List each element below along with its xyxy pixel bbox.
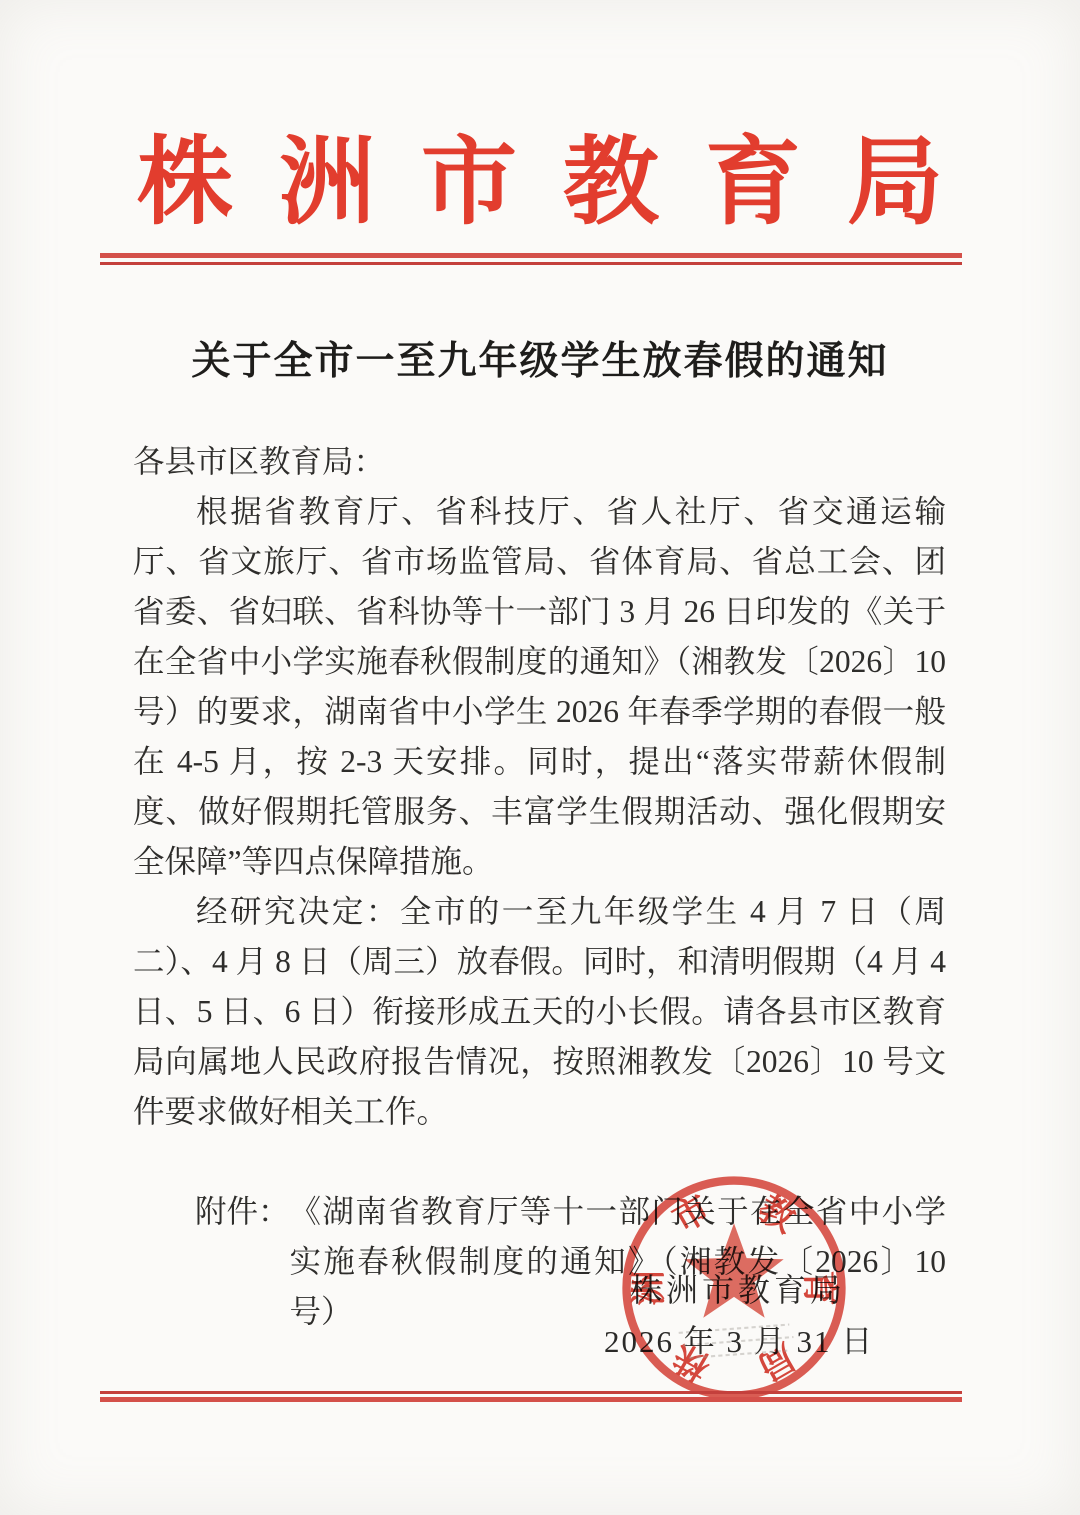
attachment-label: 附件：	[195, 1187, 290, 1237]
agency-header-title: 株洲市教育局	[0, 128, 1080, 238]
document-page: 株洲市教育局 关于全市一至九年级学生放春假的通知 各县市区教育局： 根据省教育厅…	[0, 0, 1080, 1515]
footer-divider	[100, 1391, 962, 1402]
seal-char: 洲	[628, 1270, 668, 1305]
header-divider-thin-line	[100, 262, 962, 265]
seal-char: 育	[800, 1270, 840, 1305]
official-seal: 株 洲 市 教 育 局	[614, 1168, 854, 1408]
paragraph-basis: 根据省教育厅、省科技厅、省人社厅、省交通运输厅、省文旅厅、省市场监管局、省体育局…	[133, 487, 946, 887]
footer-divider-thick-line	[100, 1397, 962, 1402]
header-divider	[100, 253, 962, 265]
document-title: 关于全市一至九年级学生放春假的通知	[0, 330, 1080, 386]
salutation: 各县市区教育局：	[133, 437, 946, 487]
seal-star-icon	[684, 1223, 783, 1317]
paragraph-decision: 经研究决定：全市的一至九年级学生 4 月 7 日（周二）、4 月 8 日（周三）…	[133, 887, 946, 1137]
